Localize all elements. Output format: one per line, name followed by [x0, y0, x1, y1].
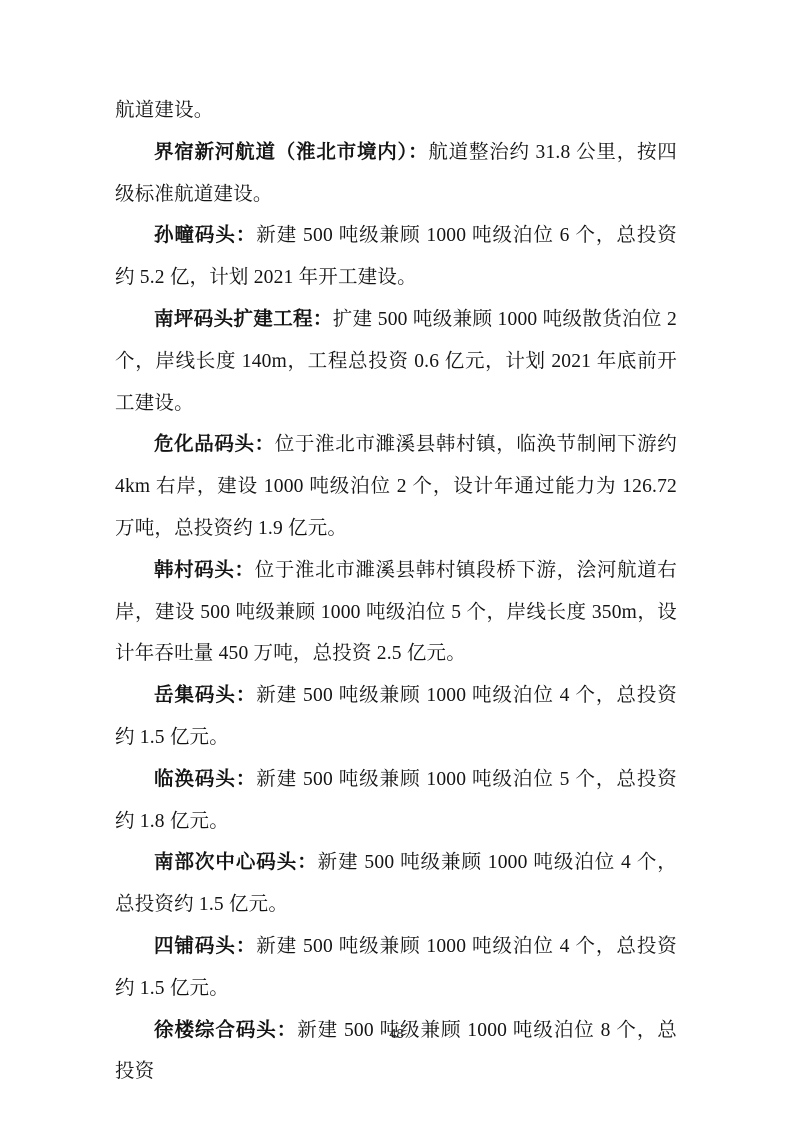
paragraph-heading: 临涣码头： [154, 769, 256, 790]
paragraph: 危化品码头：位于淮北市濉溪县韩村镇，临涣节制闸下游约 4km 右岸，建设 100… [115, 424, 677, 549]
paragraph-heading: 南坪码头扩建工程： [154, 309, 333, 330]
paragraph-heading: 南部次中心码头： [154, 852, 318, 873]
paragraph-body: 航道建设。 [115, 100, 214, 121]
paragraph-heading: 界宿新河航道（淮北市境内）： [154, 142, 428, 163]
paragraph: 航道建设。 [115, 90, 677, 132]
paragraph: 孙疃码头：新建 500 吨级兼顾 1000 吨级泊位 6 个，总投资约 5.2 … [115, 215, 677, 299]
paragraph: 界宿新河航道（淮北市境内）：航道整治约 31.8 公里，按四级标准航道建设。 [115, 132, 677, 216]
paragraph: 岳集码头：新建 500 吨级兼顾 1000 吨级泊位 4 个，总投资约 1.5 … [115, 675, 677, 759]
paragraph-heading: 韩村码头： [154, 560, 255, 581]
paragraph: 韩村码头：位于淮北市濉溪县韩村镇段桥下游，浍河航道右岸，建设 500 吨级兼顾 … [115, 550, 677, 675]
paragraph: 南坪码头扩建工程：扩建 500 吨级兼顾 1000 吨级散货泊位 2 个，岸线长… [115, 299, 677, 424]
paragraph-heading: 岳集码头： [154, 685, 256, 706]
paragraph-heading: 危化品码头： [154, 434, 275, 455]
paragraph-heading: 孙疃码头： [154, 225, 256, 246]
paragraph: 徐楼综合码头：新建 500 吨级兼顾 1000 吨级泊位 8 个，总投资 [115, 1010, 677, 1094]
page-number: 48 [0, 1026, 793, 1041]
paragraph: 临涣码头：新建 500 吨级兼顾 1000 吨级泊位 5 个，总投资约 1.8 … [115, 759, 677, 843]
paragraph: 南部次中心码头：新建 500 吨级兼顾 1000 吨级泊位 4 个，总投资约 1… [115, 842, 677, 926]
document-body: 航道建设。界宿新河航道（淮北市境内）：航道整治约 31.8 公里，按四级标准航道… [115, 90, 677, 1093]
paragraph-heading: 四铺码头： [154, 936, 256, 957]
paragraph: 四铺码头：新建 500 吨级兼顾 1000 吨级泊位 4 个，总投资约 1.5 … [115, 926, 677, 1010]
